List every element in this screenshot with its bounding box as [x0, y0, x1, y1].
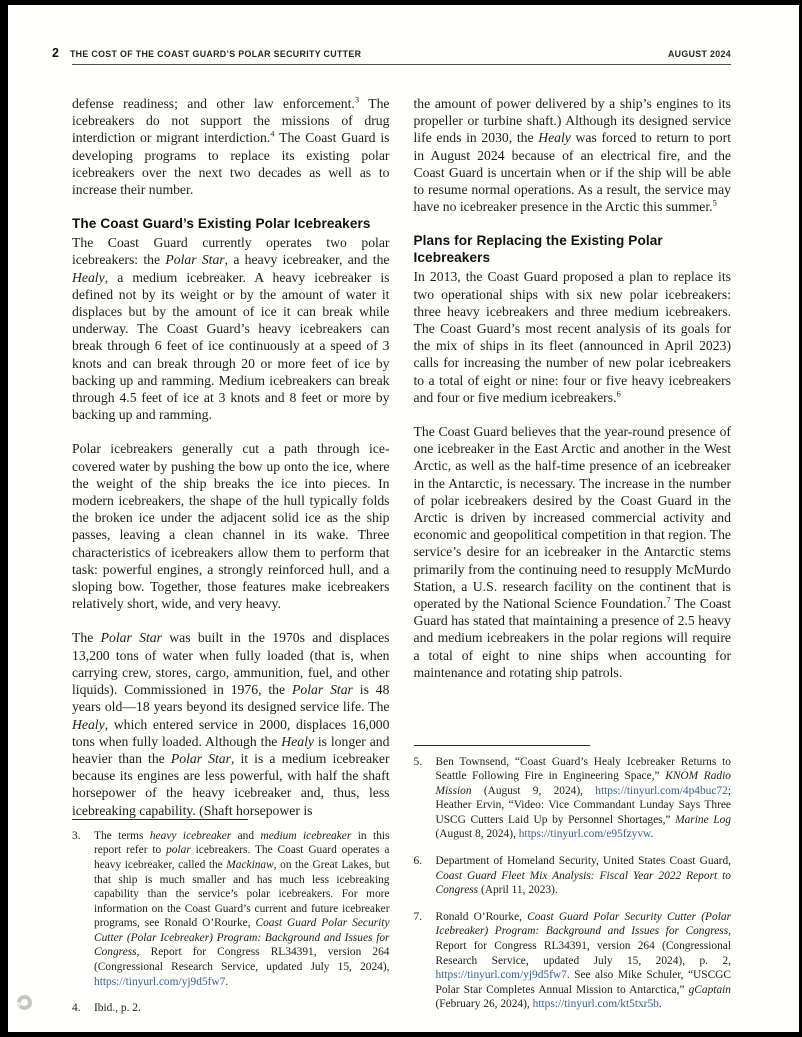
- footnote-divider: [72, 819, 248, 820]
- footnote-ref: 5: [713, 198, 717, 208]
- footnote-number: 6.: [414, 854, 436, 898]
- paragraph: In 2013, the Coast Guard proposed a plan…: [414, 268, 732, 406]
- running-header: 2 THE COST OF THE COAST GUARD’S POLAR SE…: [52, 46, 731, 60]
- footnote-text: Ibid., p. 2.: [94, 1001, 390, 1016]
- italic-text: Coast Guard Fleet Mix Analysis: Fiscal Y…: [436, 870, 732, 897]
- italic-text: Polar Star: [101, 630, 162, 645]
- left-column: defense readiness; and other law enforce…: [72, 95, 390, 1012]
- hyperlink[interactable]: https://tinyurl.com/yj9d5fw7: [94, 976, 225, 988]
- italic-text: Healy: [72, 270, 105, 285]
- italic-text: Healy: [72, 717, 105, 732]
- paragraph: The Polar Star was built in the 1970s an…: [72, 629, 390, 818]
- footnote-number: 7.: [414, 910, 436, 1012]
- right-column-text: the amount of power delivered by a ship’…: [414, 95, 732, 681]
- loading-spinner-icon: [17, 995, 32, 1010]
- italic-text: Healy: [281, 734, 314, 749]
- footnote: 4.Ibid., p. 2.: [72, 1001, 390, 1016]
- italic-text: Polar Star: [171, 751, 231, 766]
- italic-text: Coast Guard Polar Security Cutter (Polar…: [94, 917, 390, 958]
- footnote: 6.Department of Homeland Security, Unite…: [414, 854, 732, 898]
- footnote-text: Ben Townsend, “Coast Guard’s Healy Icebr…: [436, 755, 732, 843]
- right-footnotes: 5.Ben Townsend, “Coast Guard’s Healy Ice…: [414, 745, 732, 1013]
- left-column-text: defense readiness; and other law enforce…: [72, 95, 390, 819]
- italic-text: Mackinaw: [226, 859, 273, 871]
- footnote-number: 5.: [414, 755, 436, 843]
- paragraph: Polar icebreakers generally cut a path t…: [72, 440, 390, 612]
- footnote: 7.Ronald O’Rourke, Coast Guard Polar Sec…: [414, 910, 732, 1012]
- italic-text: medium icebreaker: [261, 830, 352, 842]
- hyperlink[interactable]: https://tinyurl.com/yj9d5fw7: [436, 969, 567, 981]
- italic-text: heavy icebreaker: [150, 830, 231, 842]
- running-title: THE COST OF THE COAST GUARD’S POLAR SECU…: [70, 49, 361, 59]
- italic-text: gCaptain: [689, 984, 731, 996]
- footnote-ref: 4: [270, 129, 274, 139]
- italic-text: polar: [166, 844, 191, 856]
- footnote-ref: 7: [667, 595, 671, 605]
- document-page: 2 THE COST OF THE COAST GUARD’S POLAR SE…: [8, 5, 799, 1032]
- footnote-divider: [414, 745, 590, 746]
- section-heading: The Coast Guard’s Existing Polar Icebrea…: [72, 215, 390, 232]
- right-column: the amount of power delivered by a ship’…: [414, 95, 732, 1012]
- header-date: AUGUST 2024: [668, 49, 731, 59]
- screenshot-frame: 2 THE COST OF THE COAST GUARD’S POLAR SE…: [0, 0, 802, 1037]
- body-columns: defense readiness; and other law enforce…: [72, 95, 731, 1012]
- page-number: 2: [52, 46, 59, 60]
- footnote-number: 4.: [72, 1001, 94, 1016]
- italic-text: Coast Guard Polar Security Cutter (Polar…: [436, 911, 732, 938]
- footnote-text: The terms heavy icebreaker and medium ic…: [94, 829, 390, 990]
- right-footnote-list: 5.Ben Townsend, “Coast Guard’s Healy Ice…: [414, 755, 732, 1013]
- section-heading: Plans for Replacing the Existing Polar I…: [414, 232, 732, 266]
- paragraph: The Coast Guard currently operates two p…: [72, 234, 390, 423]
- left-footnotes: 3.The terms heavy icebreaker and medium …: [72, 819, 390, 1016]
- paragraph: The Coast Guard believes that the year-r…: [414, 423, 732, 681]
- footnote-text: Department of Homeland Security, United …: [436, 854, 732, 898]
- footnote-text: Ronald O’Rourke, Coast Guard Polar Secur…: [436, 910, 732, 1012]
- left-footnote-list: 3.The terms heavy icebreaker and medium …: [72, 829, 390, 1016]
- italic-text: Polar Star: [292, 682, 353, 697]
- italic-text: Healy: [538, 130, 571, 145]
- paragraph: defense readiness; and other law enforce…: [72, 95, 390, 198]
- header-divider: [72, 64, 731, 65]
- footnote-number: 3.: [72, 829, 94, 990]
- italic-text: Polar Star: [165, 252, 224, 267]
- paragraph: the amount of power delivered by a ship’…: [414, 95, 732, 215]
- footnote: 3.The terms heavy icebreaker and medium …: [72, 829, 390, 990]
- footnote-ref: 3: [355, 94, 359, 104]
- hyperlink[interactable]: https://tinyurl.com/e95fzyvw: [519, 828, 651, 840]
- hyperlink[interactable]: https://tinyurl.com/4p4buc72: [595, 785, 728, 797]
- hyperlink[interactable]: https://tinyurl.com/kt5txr5b: [533, 998, 659, 1010]
- italic-text: Marine Log: [675, 814, 731, 826]
- footnote-ref: 6: [616, 388, 620, 398]
- footnote: 5.Ben Townsend, “Coast Guard’s Healy Ice…: [414, 755, 732, 843]
